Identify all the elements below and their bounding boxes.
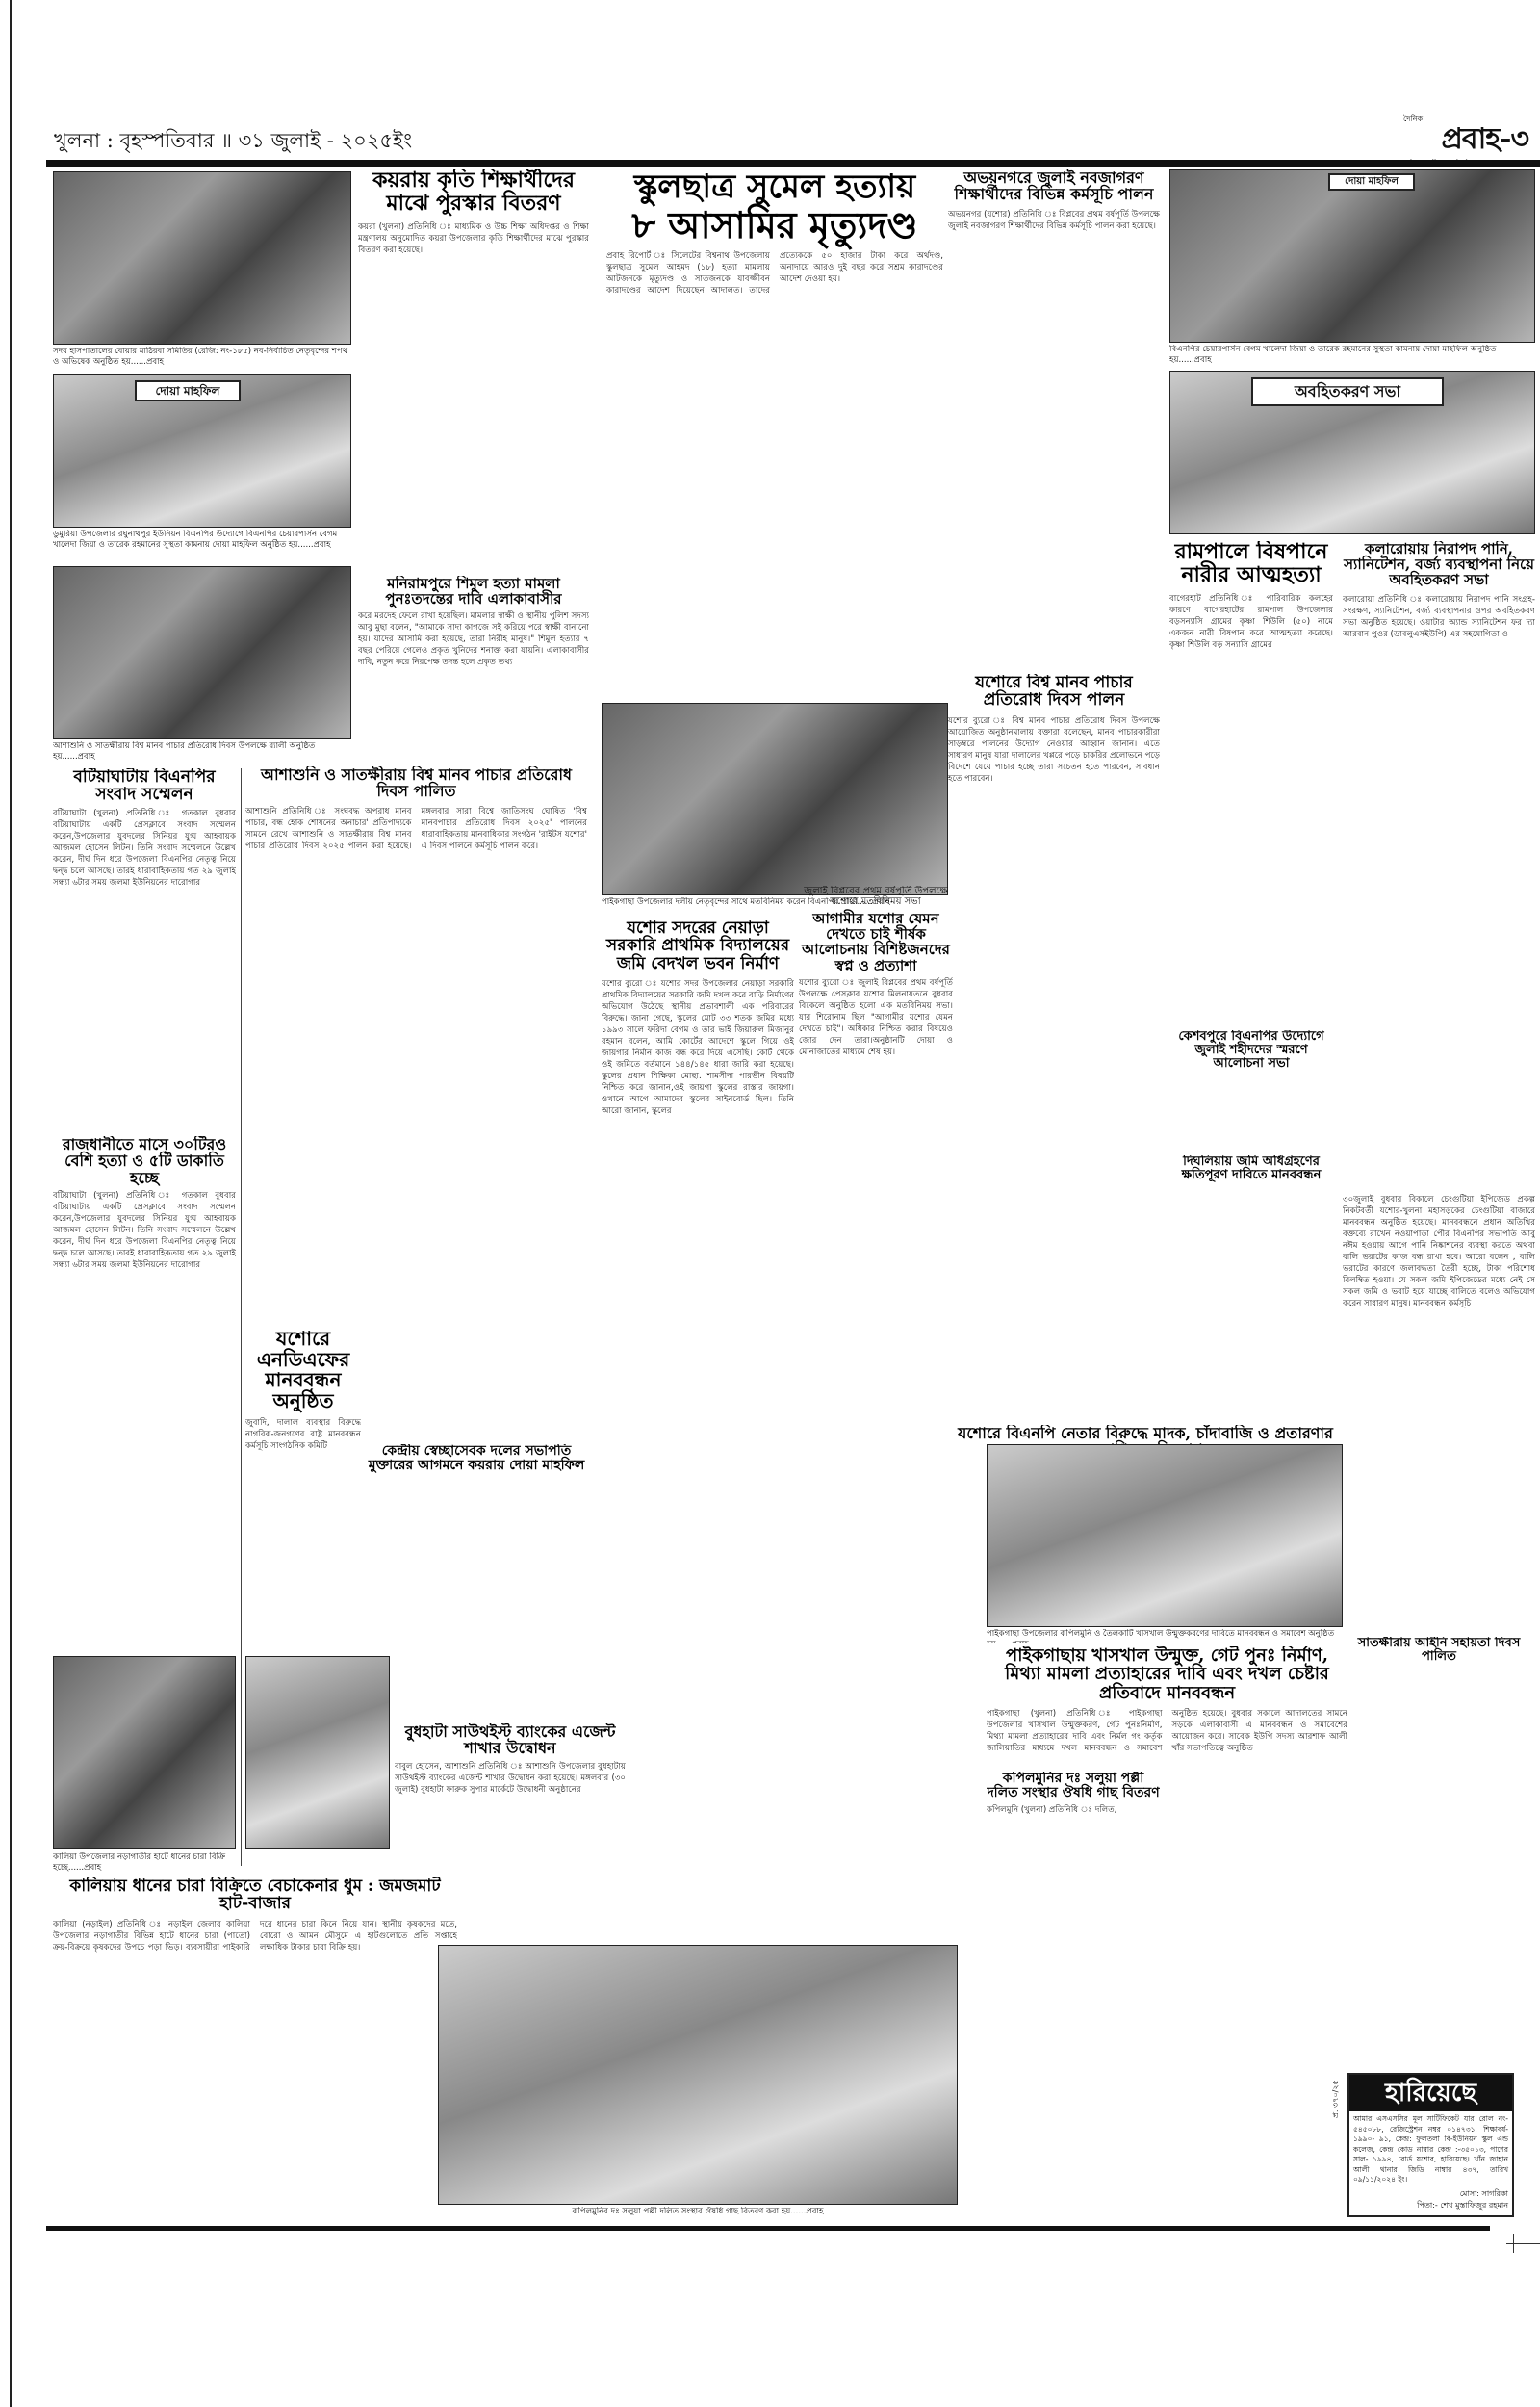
- photo-7: [438, 1945, 958, 2205]
- article-kapilmuni: কপিলমুনির দঃ সলুয়া পল্লী দলিত সংস্থার ঔ…: [987, 1772, 1160, 1887]
- top-rule: [46, 160, 1540, 167]
- photo-banner: দোয়া মাহফিল: [135, 380, 241, 401]
- headline-kolaroa: কলারোয়ায় নিরাপদ পানি, স্যানিটেশন, বর্জ…: [1343, 541, 1535, 588]
- lost-notice-signer: মোসা: সাগরিকা: [1349, 2188, 1512, 2200]
- article-ashashuni: আশাশুনি ও সাতক্ষীরায় বিশ্ব মানব পাচার প…: [245, 766, 587, 1055]
- article-lead: স্কুলছাত্র সুমেল হত্যায় ৮ আসামির মৃত্যু…: [606, 169, 943, 699]
- lost-notice: হারিয়েছে আমার এসএসসির মূল সার্টিফিকেট য…: [1347, 2073, 1514, 2217]
- article-budhhata: বুধহাটা সাউথইস্ট ব্যাংকের এজেন্ট শাখার উ…: [395, 1723, 626, 1877]
- lost-notice-title: হারিয়েছে: [1349, 2075, 1512, 2111]
- newspaper-logo: দৈনিক প্রবাহ-৩ The Daily Probaho: [1384, 116, 1528, 164]
- body-kolaroa: কলারোয়া প্রতিনিধি ঃ কলারোয়ায় নিরাপদ প…: [1343, 594, 1535, 640]
- body-chenguttia: ৩০জুলাই বুধবার বিকালে চেংগুটিয়া ইপিজেড …: [1343, 1194, 1535, 1309]
- photo-3: [53, 566, 351, 739]
- headline-lead-2: ৮ আসামির মৃত্যুদণ্ড: [606, 205, 943, 245]
- article-chenguttia: ৩০জুলাই বুধবার বিকালে চেংগুটিয়া ইপিজেড …: [1343, 1194, 1535, 1598]
- headline-ashashuni: আশাশুনি ও সাতক্ষীরায় বিশ্ব মানব পাচার প…: [245, 766, 587, 800]
- body-abhaynagar: অভয়নগর (যশোর) প্রতিনিধি ঃ বিপ্লবের প্রথ…: [948, 209, 1160, 232]
- article-kolaroa: কলারোয়ায় নিরাপদ পানি, স্যানিটেশন, বর্জ…: [1343, 541, 1535, 1022]
- article-koyra: কয়রায় কৃতি শিক্ষার্থীদের মাঝে পুরস্কার…: [358, 169, 589, 574]
- column-rule: [241, 768, 242, 1866]
- caption-2: ডুমুরিয়া উপজেলার রঘুনাথপুর ইউনিয়ন বিএন…: [53, 530, 351, 564]
- date-line: খুলনা : বৃহস্পতিবার ॥ ৩১ জুলাই - ২০২৫ইং: [54, 125, 412, 159]
- photo-1: [53, 171, 351, 345]
- article-rajnagar: রাজধানীতে মাসে ৩০টিরও বেশি হত্যা ও ৫টি ড…: [53, 1136, 236, 1425]
- headline-neyara: যশোর সদরের নেয়াড়া সরকারি প্রাথমিক বিদ্…: [602, 919, 794, 972]
- caption-3: আশাশুনি ও সাতক্ষীরায় বিশ্ব মানব পাচার প…: [53, 741, 351, 764]
- caption-6: কালিয়া উপজেলার নড়াগাতীর হাটে ধানের চার…: [53, 1852, 236, 1876]
- body-jashore-trafficking: যশোর ব্যুরো ঃ বিশ্ব মানব পাচার প্রতিরোধ …: [948, 715, 1160, 785]
- article-kesabpur: কেশবপুরে বিএনপির উদ্যোগে জুলাই শহীদদের স…: [1169, 1030, 1333, 1146]
- body-rajnagar: বটিয়াঘাটা (খুলনা) প্রতিনিধি ঃ গতকাল বুধ…: [53, 1190, 236, 1271]
- headline-abhaynagar: অভয়নগরে জুলাই নবজাগরণ শিক্ষার্থীদের বিভ…: [948, 169, 1160, 203]
- body-neyara: যশোর ব্যুরো ঃ যশোর সদর উপজেলার নেয়াড়া …: [602, 978, 794, 1117]
- body-lead: প্রবাহ রিপোর্ট ঃ সিলেটের বিশ্বনাথ উপজেলা…: [606, 250, 943, 297]
- headline-rampal: রামপালে বিষপানে নারীর আত্মহত্যা: [1169, 541, 1333, 587]
- banner-text-3: অবহিতকরণ সভা: [1295, 382, 1400, 401]
- headline-kapilmuni: কপিলমুনির দঃ সলুয়া পল্লী দলিত সংস্থার ঔ…: [987, 1772, 1160, 1800]
- article-central-jail: কেন্দ্রীয় স্বেচ্ছাসেবক দলের সভাপতি মুক্…: [366, 1444, 587, 1560]
- caption-paikgachha: পাইকগাছা উপজেলার কপিলমুনি ও তৈলকাটি খাসখ…: [987, 1629, 1343, 1643]
- article-satkhira: সাতক্ষীরায় আইনি সহায়তা দিবস পালিত: [1343, 1637, 1535, 1714]
- article-jashore-dialogue: জুলাই বিপ্লবের প্রথম বর্ষপূর্তি উপলক্ষে …: [799, 886, 953, 1425]
- crop-mark: [1506, 2243, 1540, 2244]
- body-kalia: কালিয়া (নড়াইল) প্রতিনিধি ঃ নড়াইল জেলা…: [53, 1919, 457, 1954]
- article-jashore-ndf: যশোরে এনডিএফের মানববন্ধন অনুষ্ঠিত জুবাদি…: [245, 1329, 361, 1618]
- photo-5: [245, 1656, 390, 1849]
- headline-kesabpur: কেশবপুরে বিএনপির উদ্যোগে জুলাই শহীদদের স…: [1169, 1030, 1333, 1071]
- headline-manirampur: মনিরামপুরে শিমুল হত্যা মামলা পুনঃতদন্তের…: [358, 576, 589, 607]
- headline-batiaghata: বটিয়াঘাটায় বিএনপির সংবাদ সম্মেলন: [53, 768, 236, 804]
- headline-jashore-ndf: যশোরে এনডিএফের মানববন্ধন অনুষ্ঠিত: [245, 1329, 361, 1411]
- masthead: খুলনা : বৃহস্পতিবার ॥ ৩১ জুলাই - ২০২৫ইং …: [46, 116, 1540, 164]
- photo-6: [53, 1656, 236, 1849]
- kicker-dialogue: জুলাই বিপ্লবের প্রথম বর্ষপূর্তি উপলক্ষে …: [799, 886, 953, 907]
- page-border: [10, 0, 12, 2407]
- body-batiaghata: বটিয়াঘাটা (খুলনা) প্রতিনিধি ঃ গতকাল বুধ…: [53, 808, 236, 889]
- article-abhaynagar: অভয়নগরে জুলাই নবজাগরণ শিক্ষার্থীদের বিভ…: [948, 169, 1160, 670]
- banner-text-2: দোয়া মাহফিল: [1345, 176, 1399, 187]
- headline-budhhata: বুধহাটা সাউথইস্ট ব্যাংকের এজেন্ট শাখার উ…: [395, 1723, 626, 1757]
- caption-8: বিএনপির চেয়ারপার্সন বেগম খালেদা জিয়া ও…: [1169, 345, 1535, 368]
- article-rampal: রামপালে বিষপানে নারীর আত্মহত্যা বাগেরহাট…: [1169, 541, 1333, 1022]
- headline-jashore-trafficking: যশোরে বিশ্ব মানব পাচার প্রতিরোধ দিবস পাল…: [948, 674, 1160, 710]
- lost-notice-side-code: প্র. ৩৭০/২৫: [1330, 2080, 1343, 2118]
- body-jashore-ndf: জুবাদি, দালাল ব্যবস্থার বিরুদ্ধে নাগরিক-…: [245, 1417, 361, 1452]
- photo-banner-3: অবহিতকরণ সভা: [1251, 377, 1444, 406]
- photo-4: [602, 703, 948, 895]
- logo-kicker: দৈনিক: [1403, 114, 1423, 126]
- body-dialogue: যশোর ব্যুরো ঃ জুলাই বিপ্লবের প্রথম বর্ষপ…: [799, 977, 953, 1058]
- article-neyara: যশোর সদরের নেয়াড়া সরকারি প্রাথমিক বিদ্…: [602, 919, 794, 1459]
- article-manirampur: মনিরামপুরে শিমুল হত্যা মামলা পুনঃতদন্তের…: [358, 576, 589, 768]
- article-dighalia: দিঘলিয়ায় জমি অধিগ্রহণের ক্ষতিপূরণ দাবি…: [1169, 1155, 1333, 1271]
- banner-text: দোয়া মাহফিল: [156, 384, 220, 398]
- body-paikgachha: পাইকগাছা (খুলনা) প্রতিনিধি ঃ পাইকগাছা উপ…: [987, 1708, 1347, 1754]
- article-jashore-trafficking: যশোরে বিশ্ব মানব পাচার প্রতিরোধ দিবস পাল…: [948, 674, 1160, 1386]
- photo-top-right: [1169, 169, 1535, 343]
- headline-dialogue: আগামীর যশোর যেমন দেখতে চাই শীর্ষক আলোচনা…: [799, 911, 953, 973]
- headline-satkhira: সাতক্ষীরায় আইনি সহায়তা দিবস পালিত: [1343, 1637, 1535, 1664]
- body-kapilmuni: কপিলমুনি (খুলনা) প্রতিনিধি ঃ দলিত,: [987, 1804, 1160, 1816]
- article-batiaghata: বটিয়াঘাটায় বিএনপির সংবাদ সম্মেলন বটিয়…: [53, 768, 236, 1134]
- body-manirampur: করে মরদেহ ফেলে রাখা হয়েছিল। মামলার স্বা…: [358, 610, 589, 668]
- headline-central-jail: কেন্দ্রীয় স্বেচ্ছাসেবক দলের সভাপতি মুক্…: [366, 1444, 587, 1473]
- headline-paikgachha: পাইকগাছায় খাসখাল উন্মুক্ত, গেট পুনঃ নির…: [987, 1646, 1347, 1702]
- caption-1: সদর হাসপাতালের বোয়ার মাঠিরবা সমিতির (রে…: [53, 347, 351, 370]
- bottom-rule: [46, 2226, 1490, 2231]
- article-kalia: কালিয়ায় ধানের চারা বিক্রিতে বেচাকেনার …: [53, 1877, 457, 2205]
- headline-koyra: কয়রায় কৃতি শিক্ষার্থীদের মাঝে পুরস্কার…: [358, 169, 589, 216]
- headline-rajnagar: রাজধানীতে মাসে ৩০টিরও বেশি হত্যা ও ৫টি ড…: [53, 1136, 236, 1186]
- headline-lead-1: স্কুলছাত্র সুমেল হত্যায়: [606, 169, 943, 205]
- headline-kalia: কালিয়ায় ধানের চারা বিক্রিতে বেচাকেনার …: [53, 1877, 457, 1913]
- body-rampal: বাগেরহাট প্রতিনিধি ঃ পারিবারিক কলহের কার…: [1169, 593, 1333, 651]
- photo-paikgachha: [987, 1444, 1343, 1627]
- lost-notice-father: পিতা:- শেখ মুস্তাফিজুর রহমান: [1349, 2200, 1512, 2212]
- body-budhhata: বাবুল হোসেন, আশাশুনি প্রতিনিধি ঃ আশাশুনি…: [395, 1761, 626, 1796]
- body-ashashuni: আশাশুনি প্রতিনিধি ঃ সংঘবদ্ধ অপরাধ মানব প…: [245, 806, 587, 852]
- photo-banner-2: দোয়া মাহফিল: [1328, 173, 1415, 191]
- lost-notice-text: আমার এসএসসির মূল সার্টিফিকেট যার রোল নং-…: [1349, 2111, 1512, 2188]
- body-koyra: কয়রা (খুলনা) প্রতিনিধি ঃ মাধ্যমিক ও উচ্…: [358, 221, 589, 256]
- caption-7: কপিলমুনির দঃ সলুয়া পল্লী দলিত সংস্থার ঔ…: [438, 2207, 958, 2220]
- headline-dighalia: দিঘলিয়ায় জমি অধিগ্রহণের ক্ষতিপূরণ দাবি…: [1169, 1155, 1333, 1182]
